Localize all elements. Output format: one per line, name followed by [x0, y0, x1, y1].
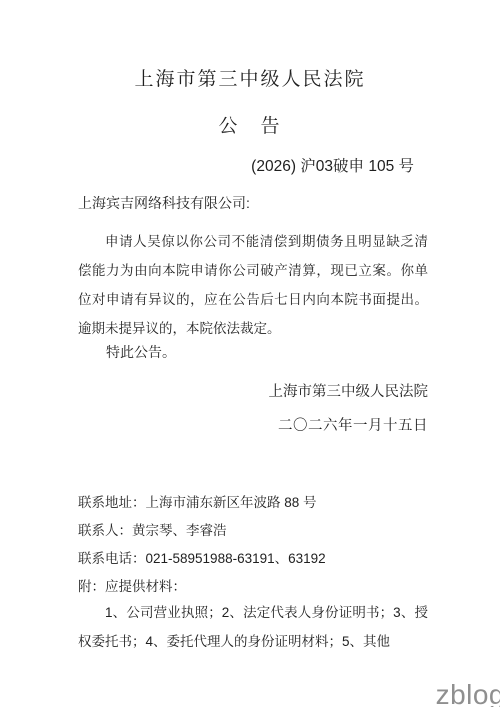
- court-announcement-page: 上海市第三中级人民法院 公 告 (2026) 沪03破申 105 号 上海宾吉网…: [0, 0, 500, 707]
- court-name-heading: 上海市第三中级人民法院: [0, 64, 500, 91]
- attachment-list: 1、公司营业执照；2、法定代表人身份证明书；3、授权委托书；4、委托代理人的身份…: [78, 598, 428, 656]
- signature-date: 二〇二六年一月十五日: [78, 414, 428, 435]
- recipient-company: 上海宾吉网络科技有限公司:: [78, 193, 438, 213]
- case-number: (2026) 沪03破申 105 号: [78, 154, 414, 176]
- zblog-watermark: zblog: [436, 679, 500, 707]
- attachment-heading: 附：应提供材料：: [78, 573, 443, 601]
- closing-statement: 特此公告。: [78, 342, 428, 362]
- contact-address: 联系地址：上海市浦东新区年波路 88 号: [78, 489, 443, 517]
- announcement-body-paragraph: 申请人吴倞以你公司不能清偿到期债务且明显缺乏清偿能力为由向本院申请你公司破产清算…: [78, 227, 428, 343]
- signature-court-name: 上海市第三中级人民法院: [78, 380, 428, 401]
- contact-info-block: 联系地址：上海市浦东新区年波路 88 号 联系人：黄宗琴、李睿浩 联系电话：02…: [78, 489, 443, 601]
- contact-persons: 联系人：黄宗琴、李睿浩: [78, 517, 443, 545]
- contact-phone: 联系电话：021-58951988-63191、63192: [78, 545, 443, 573]
- announcement-title: 公 告: [0, 111, 500, 138]
